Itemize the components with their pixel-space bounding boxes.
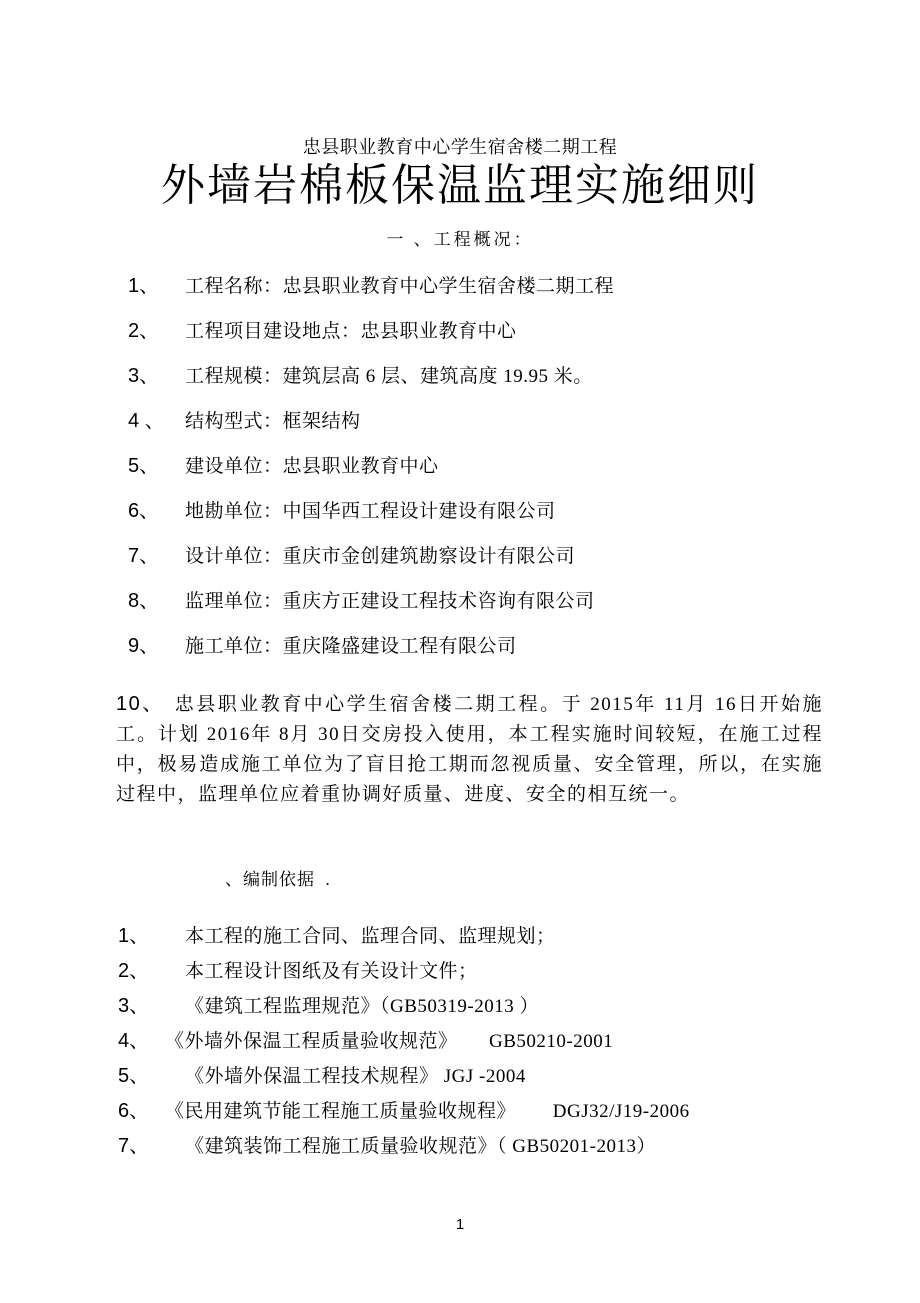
item-number: 10、 <box>116 693 175 715</box>
section-heading-overview: 一 、工程概况： <box>0 230 920 250</box>
basis-item: 3、 《建筑工程监理规范》（GB50319-2013 ） <box>116 996 820 1017</box>
overview-item: 7、 设计单位：重庆市金创建筑勘察设计有限公司 <box>116 546 820 567</box>
basis-item: 6、 《民用建筑节能工程施工质量验收规程》 DGJ32/J19-2006 <box>116 1101 820 1122</box>
doc-subtitle: 忠县职业教育中心学生宿舍楼二期工程 <box>0 136 920 158</box>
item-number: 5、 <box>128 456 185 477</box>
basis-item: 2、 本工程设计图纸及有关设计文件； <box>116 961 820 982</box>
item-text: 工程名称：忠县职业教育中心学生宿舍楼二期工程 <box>185 276 614 297</box>
item-text: 施工单位：重庆隆盛建设工程有限公司 <box>185 636 517 657</box>
item-text: 工程规模：建筑层高 6 层、建筑高度 19.95 米。 <box>185 366 593 387</box>
item-number: 4 、 <box>128 411 185 432</box>
basis-list: 1、 本工程的施工合同、监理合同、监理规划； 2、 本工程设计图纸及有关设计文件… <box>116 926 820 1171</box>
item-text: 《建筑装饰工程施工质量验收规范》（ GB50201-2013） <box>185 1136 656 1157</box>
item-number: 6、 <box>128 501 185 522</box>
item-text: 《外墙外保温工程技术规程》 JGJ -2004 <box>185 1066 526 1087</box>
overview-item: 3、 工程规模：建筑层高 6 层、建筑高度 19.95 米。 <box>116 366 820 387</box>
overview-item: 2、 工程项目建设地点：忠县职业教育中心 <box>116 321 820 342</box>
item-text: 监理单位：重庆方正建设工程技术咨询有限公司 <box>185 591 595 612</box>
basis-item: 4、 《外墙外保温工程质量验收规范》 GB50210-2001 <box>116 1031 820 1052</box>
paragraph-text: 忠县职业教育中心学生宿舍楼二期工程。于 2015年 11月 16日开始施工。计划… <box>116 694 823 805</box>
item-text: 设计单位：重庆市金创建筑勘察设计有限公司 <box>185 546 575 567</box>
overview-list: 1、 工程名称：忠县职业教育中心学生宿舍楼二期工程 2、 工程项目建设地点：忠县… <box>116 276 820 681</box>
overview-item: 4 、 结构型式：框架结构 <box>116 411 820 432</box>
document-page: 忠县职业教育中心学生宿舍楼二期工程 外墙岩棉板保温监理实施细则 一 、工程概况：… <box>0 0 920 1303</box>
overview-closing-paragraph: 10、忠县职业教育中心学生宿舍楼二期工程。于 2015年 11月 16日开始施工… <box>116 690 823 810</box>
overview-item: 6、 地勘单位：中国华西工程设计建设有限公司 <box>116 501 820 522</box>
item-text: 《外墙外保温工程质量验收规范》 GB50210-2001 <box>165 1031 613 1052</box>
item-number: 5、 <box>118 1066 185 1087</box>
overview-item: 9、 施工单位：重庆隆盛建设工程有限公司 <box>116 636 820 657</box>
basis-item: 5、 《外墙外保温工程技术规程》 JGJ -2004 <box>116 1066 820 1087</box>
doc-title: 外墙岩棉板保温监理实施细则 <box>0 158 920 214</box>
item-number: 2、 <box>118 961 185 982</box>
item-text: 《民用建筑节能工程施工质量验收规程》 DGJ32/J19-2006 <box>165 1101 690 1122</box>
item-number: 8、 <box>128 591 185 612</box>
item-text: 建设单位：忠县职业教育中心 <box>185 456 439 477</box>
overview-item: 5、 建设单位：忠县职业教育中心 <box>116 456 820 477</box>
item-number: 4、 <box>118 1031 165 1052</box>
item-number: 7、 <box>128 546 185 567</box>
item-number: 3、 <box>128 366 185 387</box>
item-number: 1、 <box>118 926 185 947</box>
item-number: 6、 <box>118 1101 165 1122</box>
item-text: 本工程设计图纸及有关设计文件； <box>185 961 478 982</box>
overview-item: 8、 监理单位：重庆方正建设工程技术咨询有限公司 <box>116 591 820 612</box>
page-number: 1 <box>0 1216 920 1234</box>
item-number: 9、 <box>128 636 185 657</box>
item-text: 《建筑工程监理规范》（GB50319-2013 ） <box>185 996 539 1017</box>
item-number: 3、 <box>118 996 185 1017</box>
basis-item: 1、 本工程的施工合同、监理合同、监理规划； <box>116 926 820 947</box>
section-heading-basis: 、编制依据 . <box>225 870 331 890</box>
basis-item: 7、 《建筑装饰工程施工质量验收规范》（ GB50201-2013） <box>116 1136 820 1157</box>
item-number: 7、 <box>118 1136 185 1157</box>
item-text: 本工程的施工合同、监理合同、监理规划； <box>185 926 556 947</box>
item-text: 工程项目建设地点：忠县职业教育中心 <box>185 321 517 342</box>
overview-item: 1、 工程名称：忠县职业教育中心学生宿舍楼二期工程 <box>116 276 820 297</box>
item-number: 1、 <box>128 276 185 297</box>
item-text: 结构型式：框架结构 <box>185 411 361 432</box>
item-text: 地勘单位：中国华西工程设计建设有限公司 <box>185 501 556 522</box>
item-number: 2、 <box>128 321 185 342</box>
